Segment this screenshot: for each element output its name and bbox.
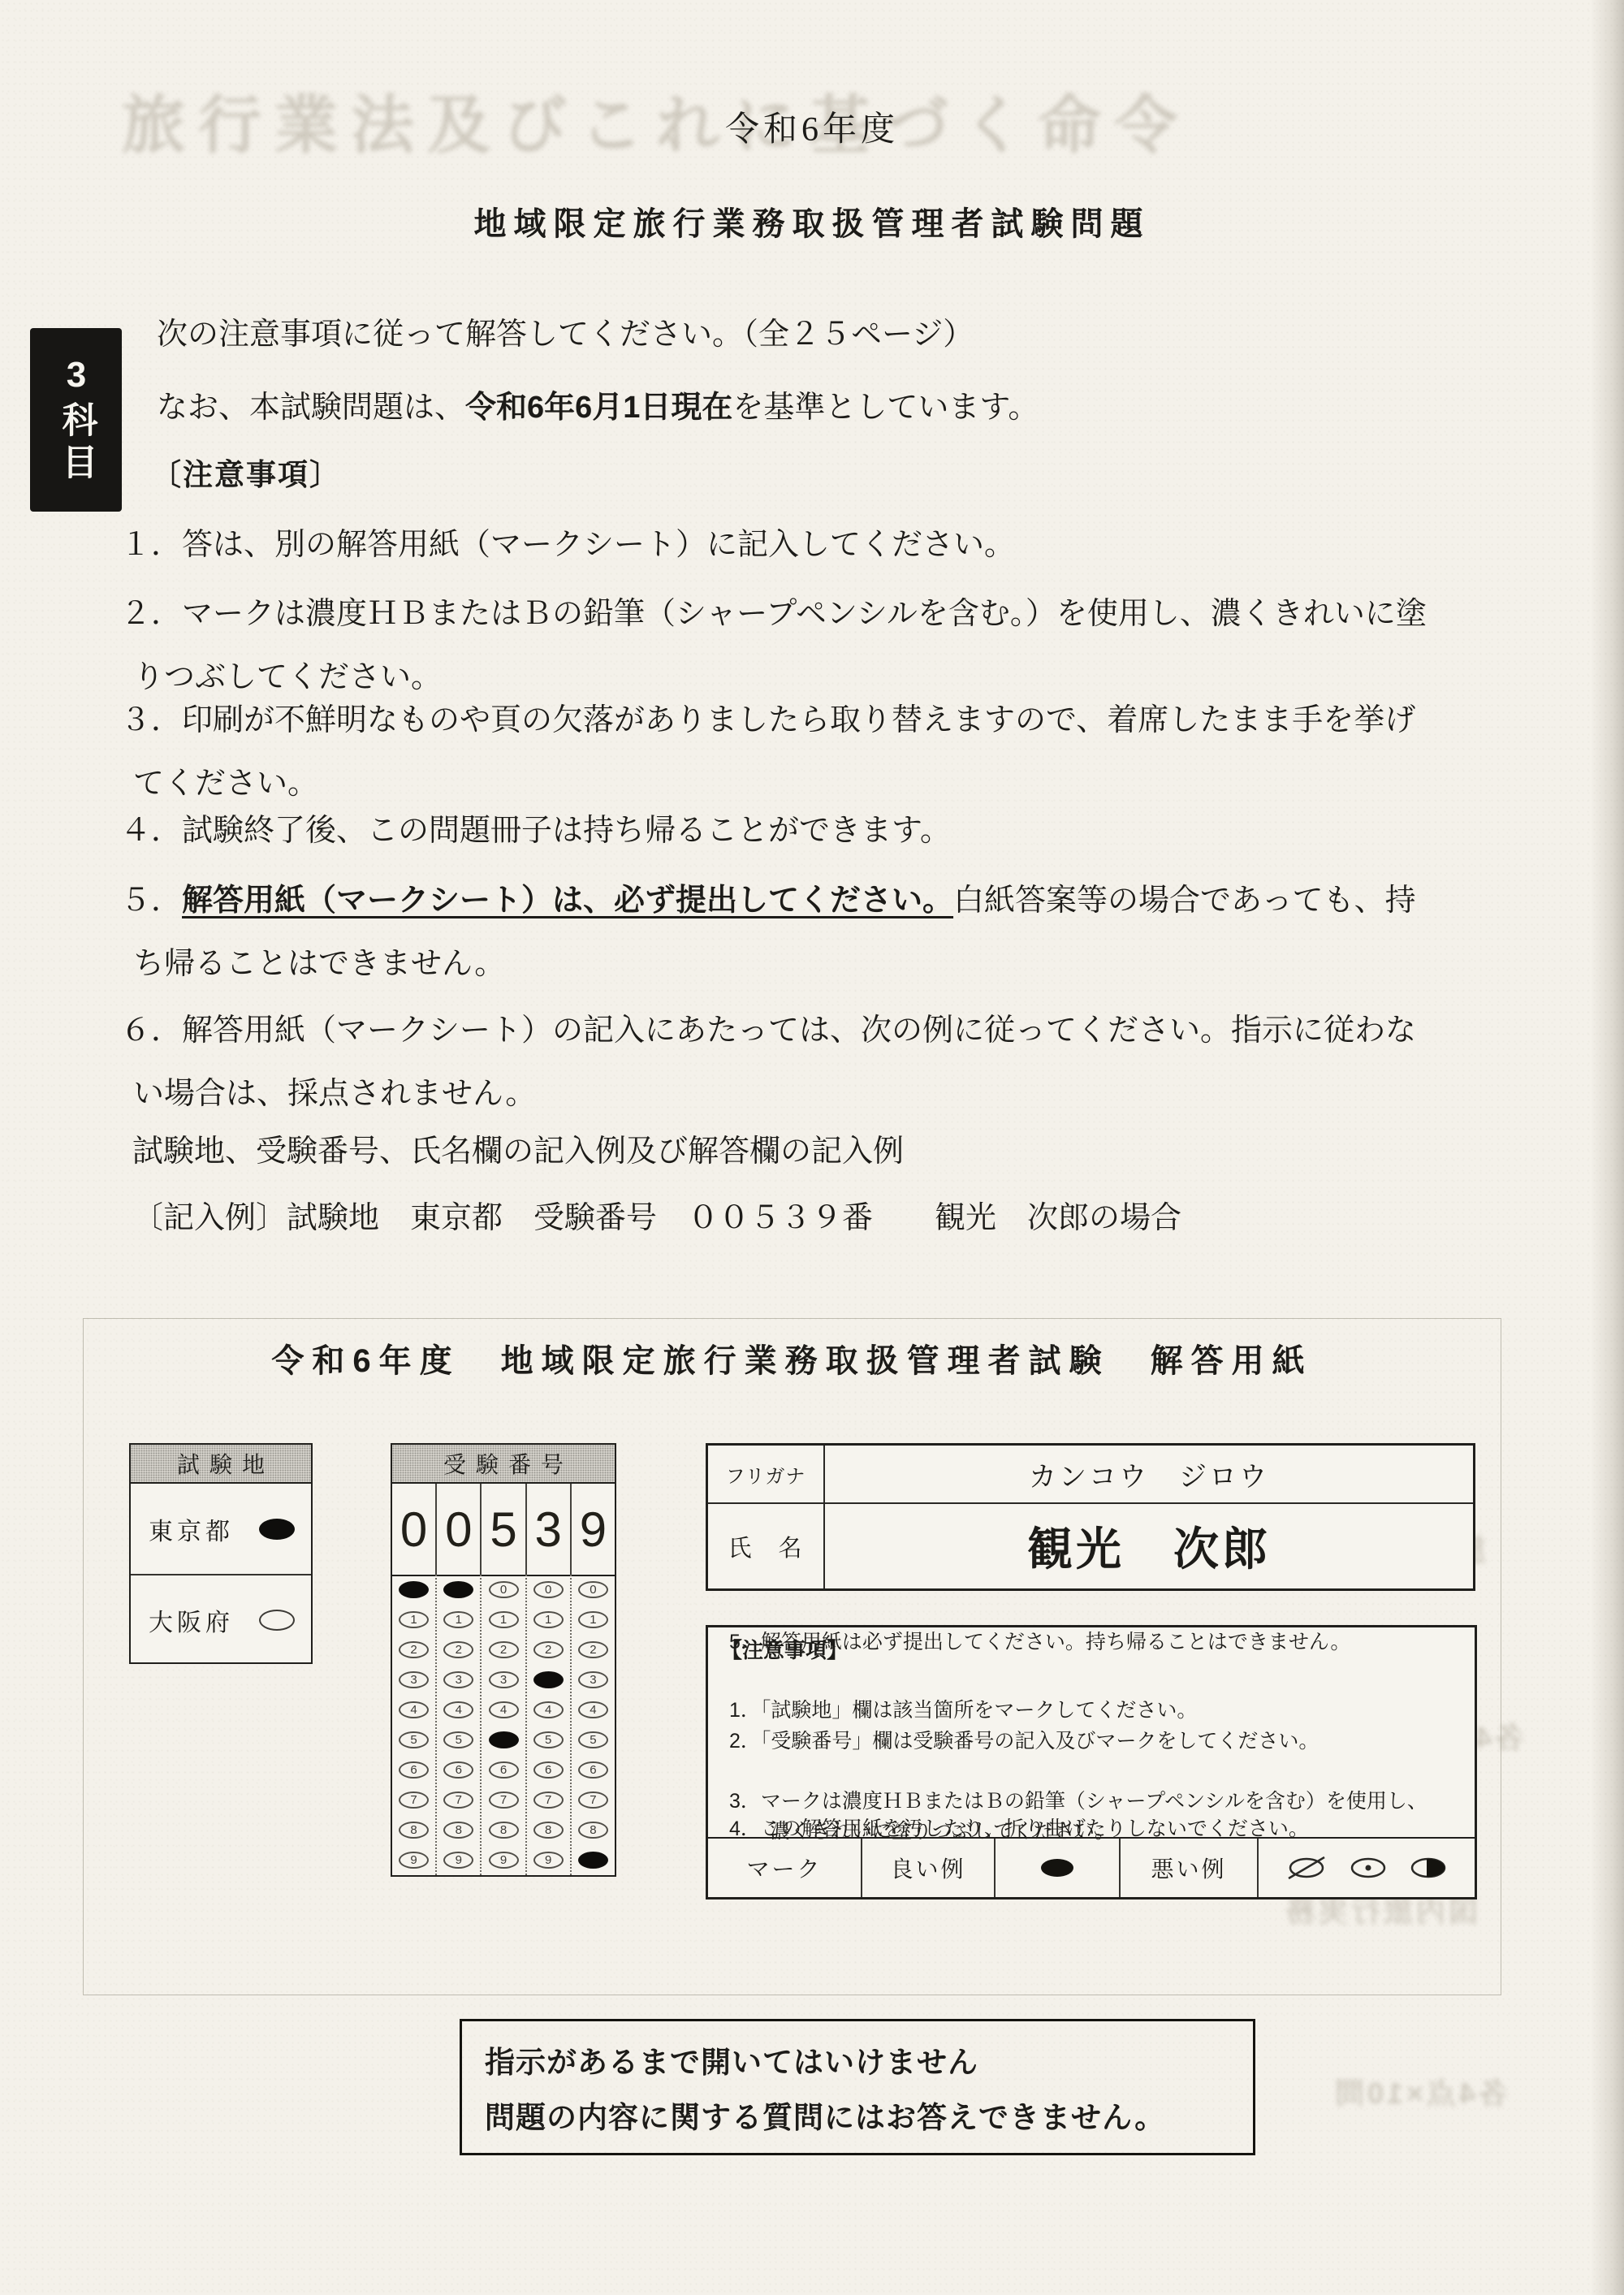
mark-bubble-empty: 0 — [489, 1581, 519, 1598]
sheet-note-item-2: 2．「受験番号」欄は受験番号の記入及びマークをしてください。 — [729, 1727, 1468, 1757]
mark-bubble-empty — [259, 1610, 295, 1631]
mark-bubble-empty: 4 — [443, 1701, 473, 1718]
mark-bubble-empty: 9 — [443, 1852, 473, 1869]
paper-edge-shadow — [1590, 0, 1624, 2295]
mark-bubble-empty: 6 — [399, 1761, 429, 1779]
mark-bubble-empty: 3 — [578, 1671, 608, 1688]
mark-bubble-empty: 3 — [489, 1671, 519, 1688]
do-not-open-notice-box: 指示があるまで開いてはいけません 問題の内容に関する質問にはお答えできません。 — [460, 2019, 1255, 2155]
location-option-row: 大阪府 — [131, 1574, 311, 1664]
mark-bubble-filled: 0 — [399, 1581, 429, 1598]
location-option-row: 東京都 — [131, 1484, 311, 1574]
mark-bubble-empty: 7 — [399, 1791, 429, 1809]
instruction-item-3: ３．印刷が不鮮明なものや頁の欠落がありましたら取り替えますので、着席したまま手を… — [0, 702, 1624, 828]
examinee-number-digits-row: 00539 — [392, 1484, 615, 1576]
bad-mark-half-icon — [1409, 1856, 1448, 1879]
mark-bubble-empty: 7 — [578, 1791, 608, 1809]
intro-line-1: 次の注意事項に従って解答してください。（全２５ページ） — [157, 309, 974, 353]
mark-bubble-empty: 2 — [399, 1641, 429, 1658]
mark-bubble-empty: 9 — [533, 1852, 564, 1869]
good-example-label: 良い例 — [861, 1839, 994, 1897]
exam-main-title: 地域限定旅行業務取扱管理者試験問題 — [0, 198, 1624, 244]
instruction-item-1: １．答は、別の解答用紙（マークシート）に記入してください。 — [0, 526, 1624, 590]
bubble-column-2: 0123456789 — [435, 1575, 480, 1875]
mark-bubble-empty: 7 — [443, 1791, 473, 1809]
bad-mark-slash-icon — [1285, 1854, 1328, 1882]
mark-bubble-empty: 5 — [443, 1731, 473, 1748]
mark-bubble-empty: 0 — [533, 1581, 564, 1598]
bubble-column-5: 0123456789 — [570, 1575, 615, 1875]
name-row: 氏 名 観光 次郎 — [708, 1504, 1473, 1588]
exam-location-table: 試験地 東京都大阪府 — [129, 1443, 313, 1664]
mark-bubble-empty: 8 — [489, 1822, 519, 1839]
mark-bubble-empty: 2 — [578, 1641, 608, 1658]
mark-bubble-empty: 2 — [489, 1641, 519, 1658]
furigana-value: カンコウ ジロウ — [825, 1446, 1473, 1502]
instruction-item-5: ５．解答用紙（マークシート）は、必ず提出してください。白紙答案等の場合であっても… — [0, 882, 1624, 1009]
fiscal-year-title: 令和6年度 — [0, 102, 1624, 151]
ghost-text: 各4点×10問 — [1332, 2071, 1508, 2112]
mark-bubble-empty: 6 — [578, 1761, 608, 1779]
exam-location-options: 東京都大阪府 — [131, 1484, 311, 1664]
mark-bubble-empty: 8 — [443, 1822, 473, 1839]
number-digit-cell: 9 — [570, 1484, 615, 1575]
sheet-note-item-1: 1．「試験地」欄は該当箇所をマークしてください。 — [729, 1696, 1468, 1726]
mark-bubble-empty: 1 — [399, 1611, 429, 1628]
name-label: 氏 名 — [708, 1504, 825, 1588]
mark-bubble-empty: 6 — [489, 1761, 519, 1779]
intro-line-2-bold-date: 令和6年6月1日現在 — [465, 391, 732, 425]
subject-badge-label: 3科目 — [58, 355, 94, 486]
mark-bubble-empty: 1 — [489, 1611, 519, 1628]
number-digit-cell: 0 — [435, 1484, 480, 1575]
examinee-number-bubble-grid: 0123456789012345678901234567890123456789… — [392, 1575, 615, 1875]
number-digit-cell: 5 — [480, 1484, 525, 1575]
good-mark-icon — [994, 1839, 1119, 1897]
bubble-column-3: 0123456789 — [480, 1575, 525, 1875]
mark-bubble-empty: 6 — [443, 1761, 473, 1779]
number-digit-cell: 0 — [392, 1484, 435, 1575]
notes-heading: 〔注意事項〕 — [151, 450, 341, 494]
location-option-label: 大阪府 — [149, 1602, 234, 1638]
mark-bubble-empty: 8 — [533, 1822, 564, 1839]
mark-bubble-filled: 0 — [443, 1581, 473, 1598]
bad-example-label: 悪い例 — [1119, 1839, 1257, 1897]
sheet-notes-box: 【注意事項】 1．「試験地」欄は該当箇所をマークしてください。2．「受験番号」欄… — [706, 1625, 1477, 1900]
bubble-column-4: 0123456789 — [525, 1575, 570, 1875]
examinee-number-header: 受験番号 — [392, 1445, 615, 1484]
number-digit-cell: 3 — [525, 1484, 570, 1575]
bubble-column-1: 0123456789 — [392, 1575, 435, 1875]
instruction-line: ち帰ることはできません。 — [0, 945, 1624, 983]
bad-mark-icons — [1257, 1839, 1475, 1897]
instruction-line: ４．試験終了後、この問題冊子は持ち帰ることができます。 — [0, 812, 1624, 849]
instruction-line: １．答は、別の解答用紙（マークシート）に記入してください。 — [0, 526, 1624, 564]
mark-bubble-filled: 3 — [533, 1671, 564, 1688]
intro-line-2: なお、本試験問題は、令和6年6月1日現在を基準としています。 — [157, 382, 1039, 426]
notice-line-2: 問題の内容に関する質問にはお答えできません。 — [485, 2093, 1165, 2137]
mark-bubble-empty: 6 — [533, 1761, 564, 1779]
furigana-row: フリガナ カンコウ ジロウ — [708, 1446, 1473, 1504]
mark-bubble-empty: 5 — [533, 1731, 564, 1748]
mark-bubble-empty: 9 — [489, 1852, 519, 1869]
mark-label: マーク — [708, 1839, 861, 1897]
mark-bubble-filled: 9 — [578, 1852, 608, 1869]
subject-number-badge: 3科目 — [30, 328, 122, 512]
instruction-item-4: ４．試験終了後、この問題冊子は持ち帰ることができます。 — [0, 812, 1624, 875]
furigana-label: フリガナ — [708, 1446, 825, 1502]
answer-sheet-title: 令和6年度 地域限定旅行業務取扱管理者試験 解答用紙 — [84, 1335, 1501, 1381]
answer-sheet-sample: 令和6年度 地域限定旅行業務取扱管理者試験 解答用紙 試験地 東京都大阪府 受験… — [83, 1318, 1501, 1995]
mark-bubble-empty: 0 — [578, 1581, 608, 1598]
instruction-line: ５．解答用紙（マークシート）は、必ず提出してください。白紙答案等の場合であっても… — [0, 882, 1624, 919]
mark-bubble-empty: 3 — [399, 1671, 429, 1688]
mark-bubble-empty: 5 — [578, 1731, 608, 1748]
mark-bubble-filled: 5 — [489, 1731, 519, 1748]
notice-line-1: 指示があるまで開いてはいけません — [485, 2038, 978, 2081]
bad-mark-dot-icon — [1349, 1856, 1388, 1879]
mark-bubble-empty: 1 — [578, 1611, 608, 1628]
mark-bubble-empty: 3 — [443, 1671, 473, 1688]
mark-bubble-empty: 4 — [399, 1701, 429, 1718]
example-caption-line: 試験地、受験番号、氏名欄の記入例及び解答欄の記入例 — [132, 1126, 904, 1170]
mark-bubble-empty: 1 — [443, 1611, 473, 1628]
instruction-line: ３．印刷が不鮮明なものや頁の欠落がありましたら取り替えますので、着席したまま手を… — [0, 702, 1624, 739]
instruction-line: てください。 — [0, 765, 1624, 802]
mark-bubble-empty: 4 — [489, 1701, 519, 1718]
instruction-line: りつぶしてください。 — [0, 659, 1624, 696]
examinee-number-table: 受験番号 00539 01234567890123456789012345678… — [391, 1443, 616, 1877]
instruction-line: い場合は、採点されません。 — [0, 1075, 1624, 1113]
mark-bubble-empty: 9 — [399, 1852, 429, 1869]
mark-bubble-empty: 1 — [533, 1611, 564, 1628]
sheet-note-item-5: 5．解答用紙は必ず提出してください。持ち帰ることはできません。 — [729, 1627, 1468, 1657]
name-table: フリガナ カンコウ ジロウ 氏 名 観光 次郎 — [706, 1443, 1475, 1591]
mark-example-row: マーク 良い例 悪い例 — [708, 1837, 1475, 1897]
exam-location-header: 試験地 — [131, 1445, 311, 1484]
mark-bubble-empty: 2 — [443, 1641, 473, 1658]
mark-bubble-empty: 2 — [533, 1641, 564, 1658]
mark-bubble-empty: 8 — [578, 1822, 608, 1839]
mark-bubble-empty: 4 — [578, 1701, 608, 1718]
instruction-item-6: ６．解答用紙（マークシート）の記入にあたっては、次の例に従ってください。指示に従… — [0, 1012, 1624, 1139]
intro-line-2-suffix: を基準としています。 — [732, 391, 1039, 425]
intro-line-2-prefix: なお、本試験問題は、 — [157, 391, 465, 425]
instruction-line: ２．マークは濃度ＨＢまたはＢの鉛筆（シャープペンシルを含む。）を使用し、濃くきれ… — [0, 595, 1624, 633]
mark-bubble-empty: 4 — [533, 1701, 564, 1718]
location-option-label: 東京都 — [149, 1511, 234, 1547]
mark-bubble-empty: 7 — [533, 1791, 564, 1809]
mark-bubble-filled — [259, 1519, 295, 1540]
mark-bubble-empty: 7 — [489, 1791, 519, 1809]
mark-bubble-empty: 8 — [399, 1822, 429, 1839]
name-value: 観光 次郎 — [825, 1504, 1473, 1588]
scanned-exam-cover-page: 旅行業法及びこれに基づく命令旅行業約款、運送約款各4点×24問国内旅行実務各4点… — [0, 0, 1624, 2295]
instruction-line: ６．解答用紙（マークシート）の記入にあたっては、次の例に従ってください。指示に従… — [0, 1012, 1624, 1049]
mark-bubble-empty: 5 — [399, 1731, 429, 1748]
example-case-line: 〔記入例〕試験地 東京都 受験番号 ００５３９番 観光 次郎の場合 — [132, 1192, 1181, 1237]
